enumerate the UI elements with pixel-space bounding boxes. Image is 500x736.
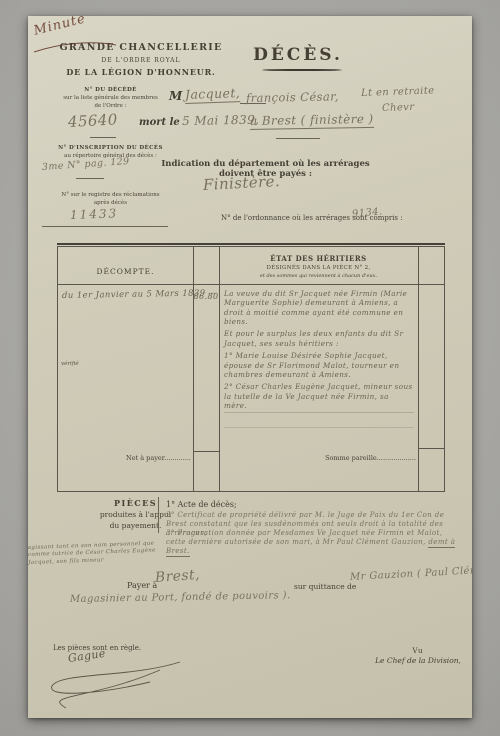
pieces-item-1: 1° Acte de décès; [166,500,237,509]
registry-reclamations-value: 11433 [70,206,119,222]
registry-decede-label1: N° DU DÉCÉDÉ [43,87,178,93]
table-header-rule [58,284,444,285]
somme-cell-rule [418,448,444,449]
somme-pareille-label: Somme pareille................... [228,454,416,462]
pieces-item-3-text: 3° Procuration donnée par Mesdames Ve Ja… [166,529,442,546]
deceased-rank-line1: Lt en retraite [361,85,435,99]
minute-note: Minute [32,16,87,39]
ruled-line-1 [224,412,414,413]
payee-line1: Mr Gauzion ( Paul Clément [350,564,472,583]
registry-reclamations-label2: après décès [38,200,183,206]
ruled-line-2 [224,427,414,428]
heirs-paragraph-4: 2° César Charles Eugène Jacquet, mineur … [224,382,414,410]
payer-place-value: Brest, [154,567,200,586]
pieces-item-3: 3° Procuration donnée par Mesdames Ve Ja… [166,529,460,556]
registry-decede-value: 45640 [68,110,119,131]
registry-reclamations-labels: N° sur le registre des réclamations aprè… [38,190,183,206]
vu-label: Vu [383,647,453,655]
letterhead-line2: DE L'ORDRE ROYAL [56,57,226,64]
title-underline [262,69,342,71]
registry-inscription-dash [76,178,104,179]
registry-decede-label3: de l'Ordre : [43,103,178,109]
table-top-rule [57,243,445,245]
letterhead: GRANDE CHANCELLERIE DE L'ORDRE ROYAL DE … [56,42,226,77]
document-sheet: Minute GRANDE CHANCELLERIE DE L'ORDRE RO… [28,16,472,718]
margin-note: agissant tant en son nom personnel que c… [28,540,166,567]
death-place-dash [276,138,320,139]
quittance-label: sur quittance de [294,582,356,591]
photo-backdrop: Minute GRANDE CHANCELLERIE DE L'ORDRE RO… [0,0,500,736]
deceased-rank-line2: Chevr [382,102,415,114]
registry-bottom-rule [42,226,168,227]
heritiers-header-line3: et des sommes qui reviennent à chacun d'… [219,273,418,279]
death-place: à Brest ( finistère ) [250,112,374,130]
net-cell-rule [193,451,219,452]
mort-le-label: mort le [139,117,180,128]
registry-inscription-label1: N° D'INSCRIPTION DU DÉCÈS [38,145,183,151]
heirs-text: La veuve du dit Sr Jacquet née Firmin (M… [224,289,414,413]
heritiers-header-line2: DÉSIGNÉS DANS LA PIÈCE N° 2, [219,265,418,271]
net-a-payer-label: Net à payer............. [60,454,191,462]
heirs-paragraph-3: 1° Marie Louise Désirée Sophie Jacquet, … [224,351,414,379]
decompte-heritiers-table: DÉCOMPTE. ÉTAT DES HÉRITIERS DÉSIGNÉS DA… [57,246,445,492]
department-value: Finistère. [203,172,281,194]
deceased-given-names: françois César, [246,89,339,105]
pieces-divider [158,497,159,533]
letterhead-line1: GRANDE CHANCELLERIE [56,42,226,53]
registry-decede-labels: N° DU DÉCÉDÉ sur la liste générale des m… [43,87,178,109]
heirs-paragraph-1: La veuve du dit Sr Jacquet née Firmin (M… [224,289,414,326]
payee-line2: Magasinier au Port, fondé de pouvoirs ). [70,590,291,605]
death-date: 5 Mai 1839, [182,113,260,128]
registry-decede-dash [90,137,116,138]
decompte-header: DÉCOMPTE. [58,267,193,276]
heritiers-header-line1: ÉTAT DES HÉRITIERS [219,254,418,263]
heirs-paragraph-2: Et pour le surplus les deux enfants du d… [224,329,414,348]
letterhead-line3: DE LA LÉGION D'HONNEUR. [56,67,226,77]
page-title: DÉCÈS. [233,45,363,65]
registry-decede-label2: sur la liste générale des membres [43,95,178,101]
payer-a-label: Payer à [127,581,157,590]
monsieur-label: M [169,89,182,103]
montant-value: 86.80 [193,292,219,301]
registry-reclamations-label1: N° sur le registre des réclamations [38,192,183,198]
deceased-surname: Jacquet, [185,85,241,104]
chef-division-label: Le Chef de la Division, [353,656,472,665]
signature-flourish [30,656,210,716]
verifie-stamp: vérifié [61,361,79,367]
